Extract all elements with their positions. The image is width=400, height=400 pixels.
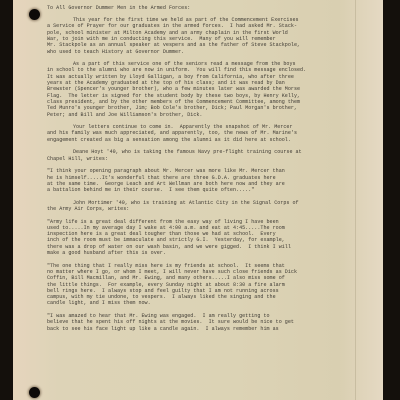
text-line: a Service of Prayer for our graduates in… bbox=[47, 23, 297, 29]
letter-paragraph: John Mortimer '40, who is training at At… bbox=[47, 200, 377, 213]
text-line: he is himself.....It's wonderful that th… bbox=[47, 175, 276, 181]
text-line: Brewster (Spencer's younger brother), wh… bbox=[47, 86, 300, 92]
text-line: bell rings here. I always stop and feel … bbox=[47, 288, 279, 294]
text-line: there was a drop of water on our wash ba… bbox=[47, 244, 291, 250]
quoted-paragraph: "I think your opening paragraph about Mr… bbox=[47, 168, 377, 193]
letter-body: To All Governor Dummer Men in the Armed … bbox=[47, 5, 377, 338]
text-line: This year for the first time we held as … bbox=[73, 17, 299, 23]
letter-page: To All Governor Dummer Men in the Armed … bbox=[13, 0, 383, 400]
text-line: inch of the room must be immaculate and … bbox=[47, 237, 285, 243]
text-line: Your letters continue to come in. Appare… bbox=[73, 124, 293, 130]
text-line: make a good husband after this is over. bbox=[47, 250, 166, 256]
text-line: class president, and by the other member… bbox=[47, 99, 300, 105]
text-line: the little things. For example, every Su… bbox=[47, 282, 285, 288]
text-line: used to.....In my average day I wake at … bbox=[47, 225, 285, 231]
text-line: War, to join with me in conducting this … bbox=[47, 36, 276, 42]
text-line: who used to teach History at Governor Du… bbox=[47, 49, 184, 55]
text-line: inspection here is a great deal tougher … bbox=[47, 231, 276, 237]
letter-paragraph: Deane Hoyt '40, who is taking the famous… bbox=[47, 149, 377, 162]
letter-greeting: To All Governor Dummer Men in the Armed … bbox=[47, 5, 377, 11]
letter-paragraph: As a part of this service one of the sen… bbox=[47, 61, 377, 118]
text-line: and his family was much appreciated, and… bbox=[47, 130, 297, 136]
text-line: years at the Academy graduated at the to… bbox=[47, 80, 285, 86]
punch-hole-top bbox=[29, 9, 40, 20]
punch-hole-bottom bbox=[29, 387, 40, 398]
text-line: Mr. Stackpole as an annual speaker at ve… bbox=[47, 42, 300, 48]
text-line: the Army Air Corps, writes: bbox=[47, 206, 129, 212]
quoted-paragraph: "The one thing that I really miss here i… bbox=[47, 263, 377, 307]
text-line: As a part of this service one of the sen… bbox=[73, 61, 296, 67]
text-line: Coffin, Bill Macmillan, and Mr. Ewing, a… bbox=[47, 275, 285, 281]
text-line: believe that he spent his off nights at … bbox=[47, 319, 294, 325]
text-line: campus, with my tie undone, to vespers. … bbox=[47, 294, 276, 300]
quoted-paragraph: "I was amazed to hear that Mr. Ewing was… bbox=[47, 313, 377, 332]
text-line: "I think your opening paragraph about Mr… bbox=[47, 168, 285, 174]
text-line: "I was amazed to hear that Mr. Ewing was… bbox=[47, 313, 270, 319]
text-line: It was actually written by Lloyd Galliga… bbox=[47, 74, 294, 80]
letter-paragraph: This year for the first time we held as … bbox=[47, 17, 377, 55]
text-line: back to see his face light up like a can… bbox=[47, 326, 279, 332]
text-line: Chapel Hill, writes: bbox=[47, 156, 108, 162]
quoted-paragraph: "Army life is a great deal different fro… bbox=[47, 219, 377, 257]
text-line: Flag. The letter is signed for the stude… bbox=[47, 93, 300, 99]
text-line: Peter; and Bill and Joe Williamson's bro… bbox=[47, 112, 202, 118]
text-line: no matter where I go, or whom I meet, I … bbox=[47, 269, 297, 275]
text-line: "The one thing that I really miss here i… bbox=[47, 263, 285, 269]
text-line: John Mortimer '40, who is training at At… bbox=[73, 200, 299, 206]
text-line: at the same time. George Leach and Art W… bbox=[47, 181, 285, 187]
letter-paragraph: Your letters continue to come in. Appare… bbox=[47, 124, 377, 143]
text-line: "Army life is a great deal different fro… bbox=[47, 219, 279, 225]
text-line: Ted Munro's younger brother, Jim; Bob Co… bbox=[47, 105, 297, 111]
text-line: engagement created as big a sensation am… bbox=[47, 137, 291, 143]
text-line: in school to the alumni who are now in u… bbox=[47, 67, 306, 73]
text-line: Deane Hoyt '40, who is taking the famous… bbox=[73, 149, 302, 155]
text-line: pole, school minister at Milton Academy … bbox=[47, 30, 288, 36]
text-line: candle light, and I miss them now. bbox=[47, 300, 151, 306]
text-line: a battalion behind me in their course. I… bbox=[47, 187, 254, 193]
